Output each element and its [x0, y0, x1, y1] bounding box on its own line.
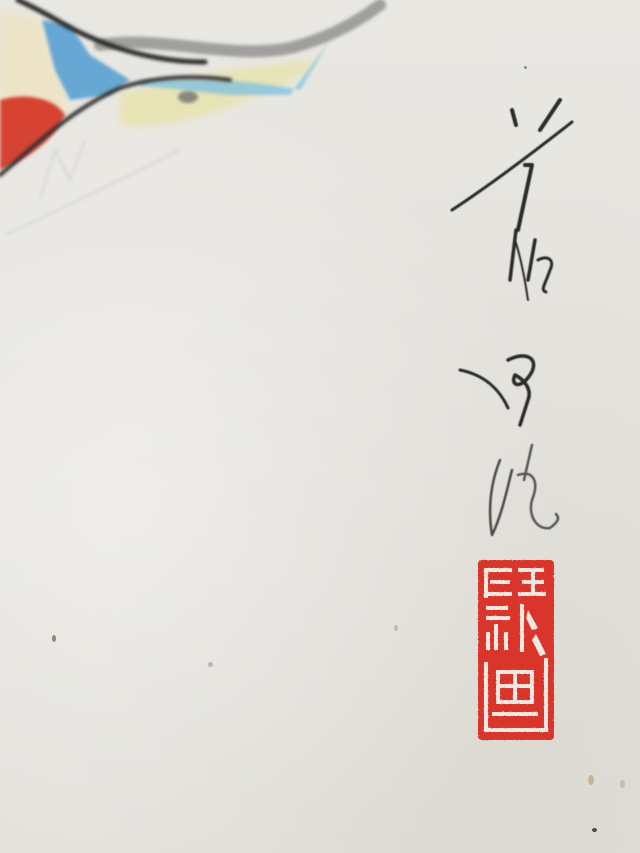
artist-signature: [440, 90, 600, 550]
paper-background: Detail of a Japanese painting with artis…: [0, 0, 640, 853]
paper-speck: [524, 66, 527, 69]
paper-speck: [394, 625, 398, 631]
paper-speck: [208, 662, 213, 667]
paper-speck: [592, 828, 597, 832]
red-seal-stamp: [476, 558, 556, 742]
paper-speck: [588, 775, 594, 785]
painting-fragment: [0, 0, 400, 250]
paper-speck: [52, 635, 56, 642]
paper-speck: [620, 780, 625, 788]
